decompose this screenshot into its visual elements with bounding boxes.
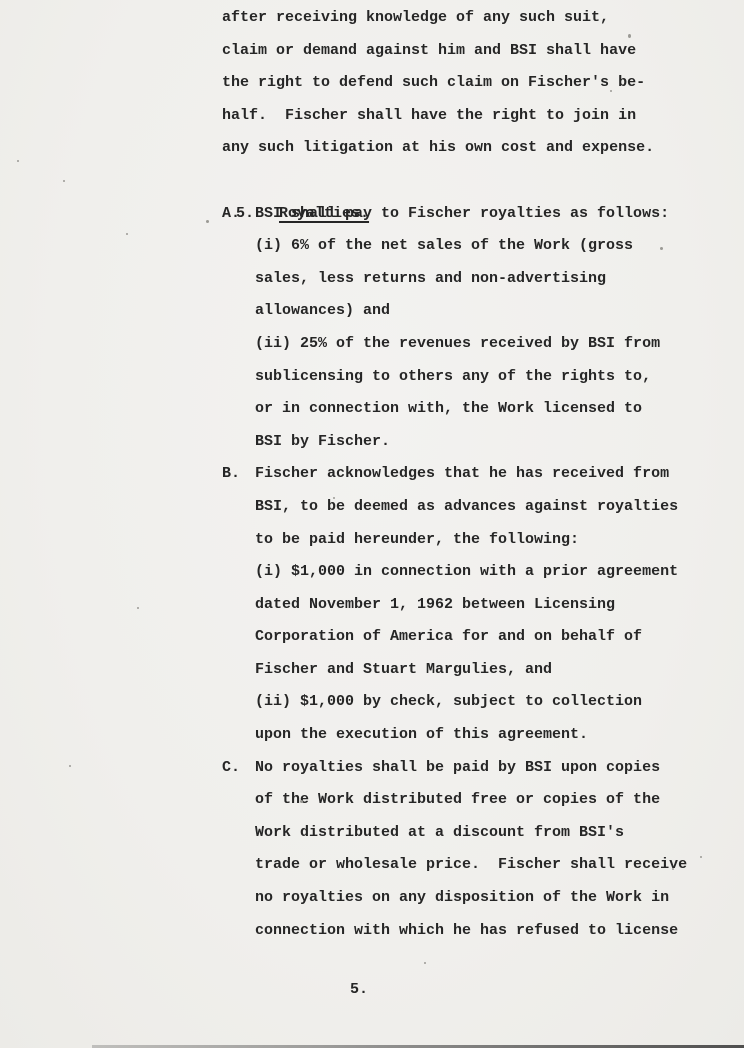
- clause-b-letter: B.: [222, 458, 240, 491]
- continuation-paragraph: after receiving knowledge of any such su…: [222, 2, 744, 165]
- text-line: half. Fischer shall have the right to jo…: [222, 100, 744, 133]
- text-line: after receiving knowledge of any such su…: [222, 2, 744, 35]
- text-line: or in connection with, the Work licensed…: [255, 393, 744, 426]
- text-line: (ii) $1,000 by check, subject to collect…: [255, 686, 744, 719]
- text-line: BSI by Fischer.: [255, 426, 744, 459]
- scan-speck: [63, 180, 65, 182]
- text-line: no royalties on any disposition of the W…: [255, 882, 744, 915]
- document-body: after receiving knowledge of any such su…: [0, 2, 744, 947]
- section-heading: 5.Royalties.: [182, 165, 744, 198]
- text-line: Fischer acknowledges that he has receive…: [255, 458, 744, 491]
- scan-speck: [424, 962, 426, 964]
- page-number: 5.: [350, 980, 368, 1000]
- text-line: (i) 6% of the net sales of the Work (gro…: [255, 230, 744, 263]
- text-line: BSI shall pay to Fischer royalties as fo…: [255, 198, 744, 231]
- scan-speck: [700, 856, 702, 858]
- text-line: (ii) 25% of the revenues received by BSI…: [255, 328, 744, 361]
- scan-speck: [137, 607, 139, 609]
- scan-speck: [610, 90, 612, 92]
- scan-speck: [17, 160, 19, 162]
- clause-c-letter: C.: [222, 752, 240, 785]
- text-line: Fischer and Stuart Margulies, and: [255, 654, 744, 687]
- text-line: allowances) and: [255, 295, 744, 328]
- text-line: Work distributed at a discount from BSI'…: [255, 817, 744, 850]
- scan-speck: [333, 497, 335, 499]
- text-line: of the Work distributed free or copies o…: [255, 784, 744, 817]
- text-line: upon the execution of this agreement.: [255, 719, 744, 752]
- clause-a-letter: A.: [222, 198, 240, 231]
- text-line: the right to defend such claim on Fische…: [222, 67, 744, 100]
- scan-speck: [672, 868, 674, 870]
- scan-speck: [206, 220, 209, 223]
- scan-speck: [69, 765, 71, 767]
- text-line: connection with which he has refused to …: [255, 915, 744, 948]
- text-line: to be paid hereunder, the following:: [255, 524, 744, 557]
- scan-speck: [126, 233, 128, 235]
- text-line: No royalties shall be paid by BSI upon c…: [255, 752, 744, 785]
- text-line: Corporation of America for and on behalf…: [255, 621, 744, 654]
- clause-b: B. Fischer acknowledges that he has rece…: [222, 458, 744, 751]
- scan-speck: [628, 34, 631, 38]
- clause-a: A. BSI shall pay to Fischer royalties as…: [222, 198, 744, 459]
- text-line: trade or wholesale price. Fischer shall …: [255, 849, 744, 882]
- text-line: claim or demand against him and BSI shal…: [222, 35, 744, 68]
- text-line: sublicensing to others any of the rights…: [255, 361, 744, 394]
- scan-speck: [660, 247, 663, 250]
- text-line: dated November 1, 1962 between Licensing: [255, 589, 744, 622]
- text-line: sales, less returns and non-advertising: [255, 263, 744, 296]
- clause-c: C. No royalties shall be paid by BSI upo…: [222, 752, 744, 948]
- text-line: any such litigation at his own cost and …: [222, 132, 744, 165]
- text-line: BSI, to be deemed as advances against ro…: [255, 491, 744, 524]
- scanned-document-page: after receiving knowledge of any such su…: [0, 0, 744, 1048]
- scan-speck: [300, 800, 303, 803]
- text-line: (i) $1,000 in connection with a prior ag…: [255, 556, 744, 589]
